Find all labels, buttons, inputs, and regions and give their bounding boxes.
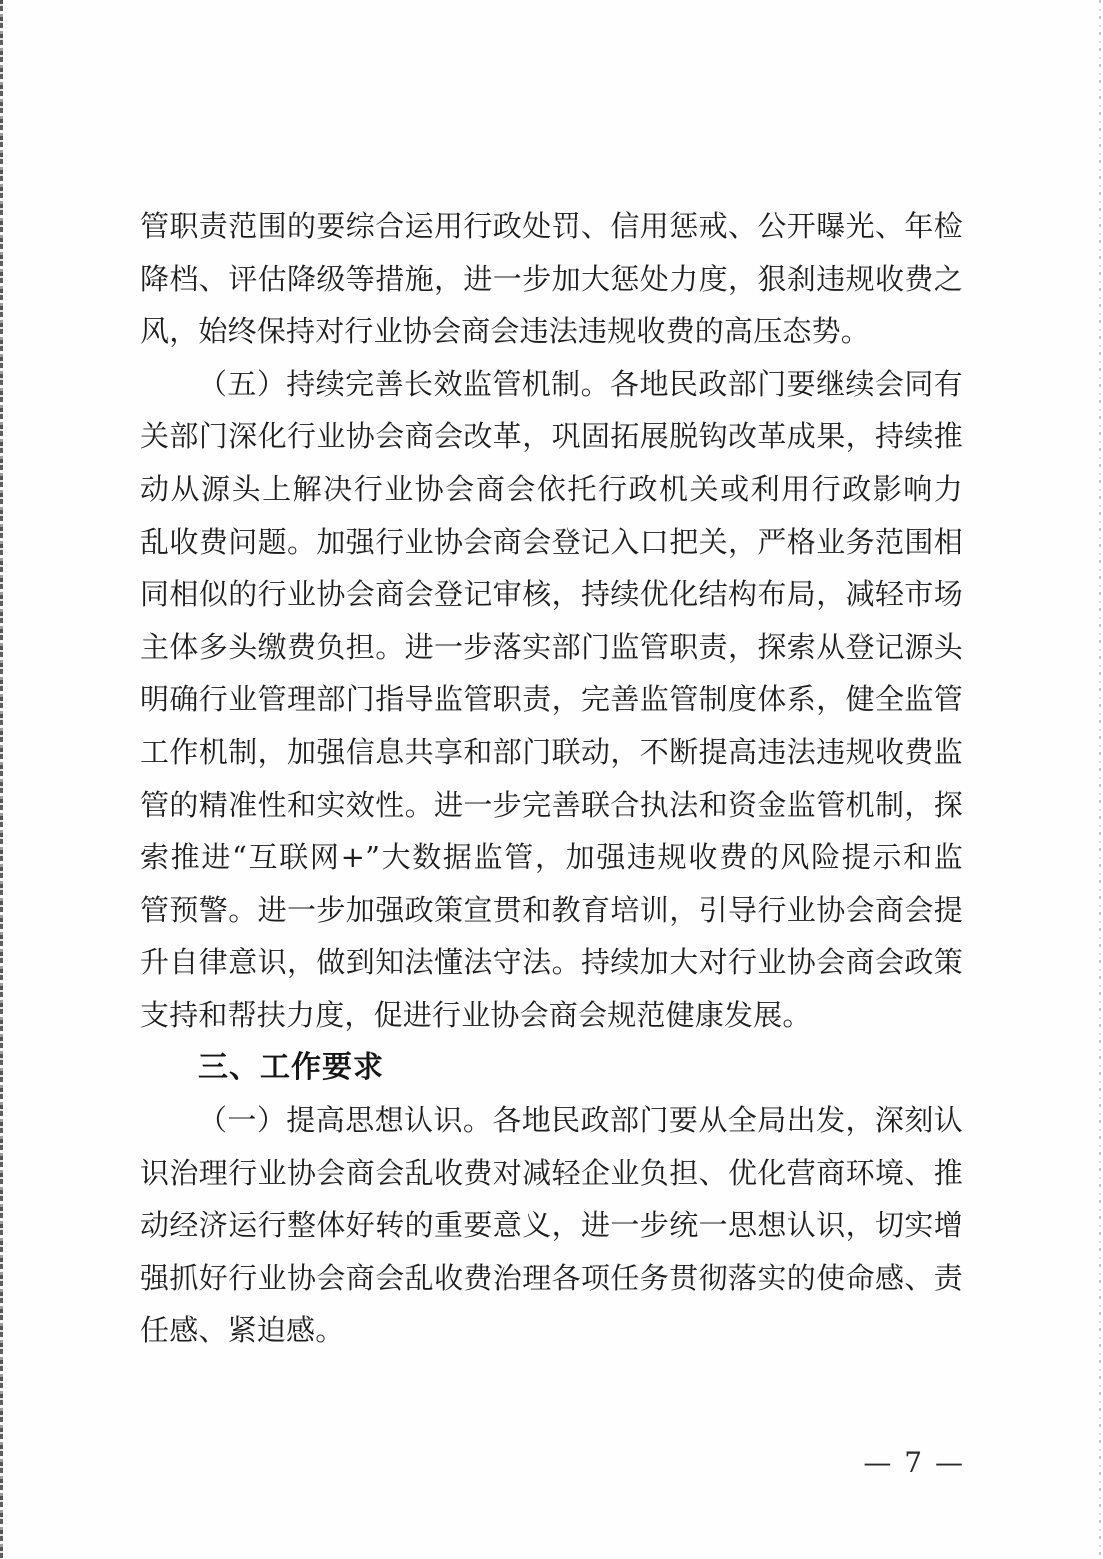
body-line: 主体多头缴费负担。进一步落实部门监管职责，探索从登记源头 [140, 621, 963, 674]
body-line: 乱收费问题。加强行业协会商会登记入口把关，严格业务范围相 [140, 516, 963, 569]
page-number: — 7 — [863, 1446, 965, 1479]
body-line: 同相似的行业协会商会登记审核，持续优化结构布局，减轻市场 [140, 568, 963, 621]
scan-edge-artifact-right [1099, 0, 1101, 1559]
body-line: 升自律意识，做到知法懂法守法。持续加大对行业协会商会政策 [140, 936, 963, 989]
body-line: 风，始终保持对行业协会商会违法违规收费的高压态势。 [140, 305, 963, 358]
body-line: （五）持续完善长效监管机制。各地民政部门要继续会同有 [140, 358, 963, 411]
body-line: 管预警。进一步加强政策宣贯和教育培训，引导行业协会商会提 [140, 884, 963, 937]
document-body: 管职责范围的要综合运用行政处罚、信用惩戒、公开曝光、年检 降档、评估降级等措施，… [140, 200, 963, 1357]
body-line: 动经济运行整体好转的重要意义，进一步统一思想认识，切实增 [140, 1199, 963, 1252]
body-line: 识治理行业协会商会乱收费对减轻企业负担、优化营商环境、推 [140, 1147, 963, 1200]
body-line: 降档、评估降级等措施，进一步加大惩处力度，狠刹违规收费之 [140, 253, 963, 306]
body-line: 强抓好行业协会商会乱收费治理各项任务贯彻落实的使命感、责 [140, 1252, 963, 1305]
body-line: 管的精准性和实效性。进一步完善联合执法和资金监管机制，探 [140, 779, 963, 832]
body-line: 管职责范围的要综合运用行政处罚、信用惩戒、公开曝光、年检 [140, 200, 963, 253]
body-line: 明确行业管理部门指导监管职责，完善监管制度体系，健全监管 [140, 673, 963, 726]
body-line: 动从源头上解决行业协会商会依托行政机关或利用行政影响力 [140, 463, 963, 516]
scanned-document-page: 管职责范围的要综合运用行政处罚、信用惩戒、公开曝光、年检 降档、评估降级等措施，… [0, 0, 1103, 1559]
scan-edge-artifact-left [0, 0, 3, 1559]
section-heading: 三、工作要求 [140, 1042, 963, 1095]
body-line: 任感、紧迫感。 [140, 1304, 963, 1357]
body-line: （一）提高思想认识。各地民政部门要从全局出发，深刻认 [140, 1094, 963, 1147]
body-line: 支持和帮扶力度，促进行业协会商会规范健康发展。 [140, 989, 963, 1042]
body-line: 索推进“互联网+”大数据监管，加强违规收费的风险提示和监 [140, 831, 963, 884]
body-line: 工作机制，加强信息共享和部门联动，不断提高违法违规收费监 [140, 726, 963, 779]
body-line: 关部门深化行业协会商会改革，巩固拓展脱钩改革成果，持续推 [140, 410, 963, 463]
